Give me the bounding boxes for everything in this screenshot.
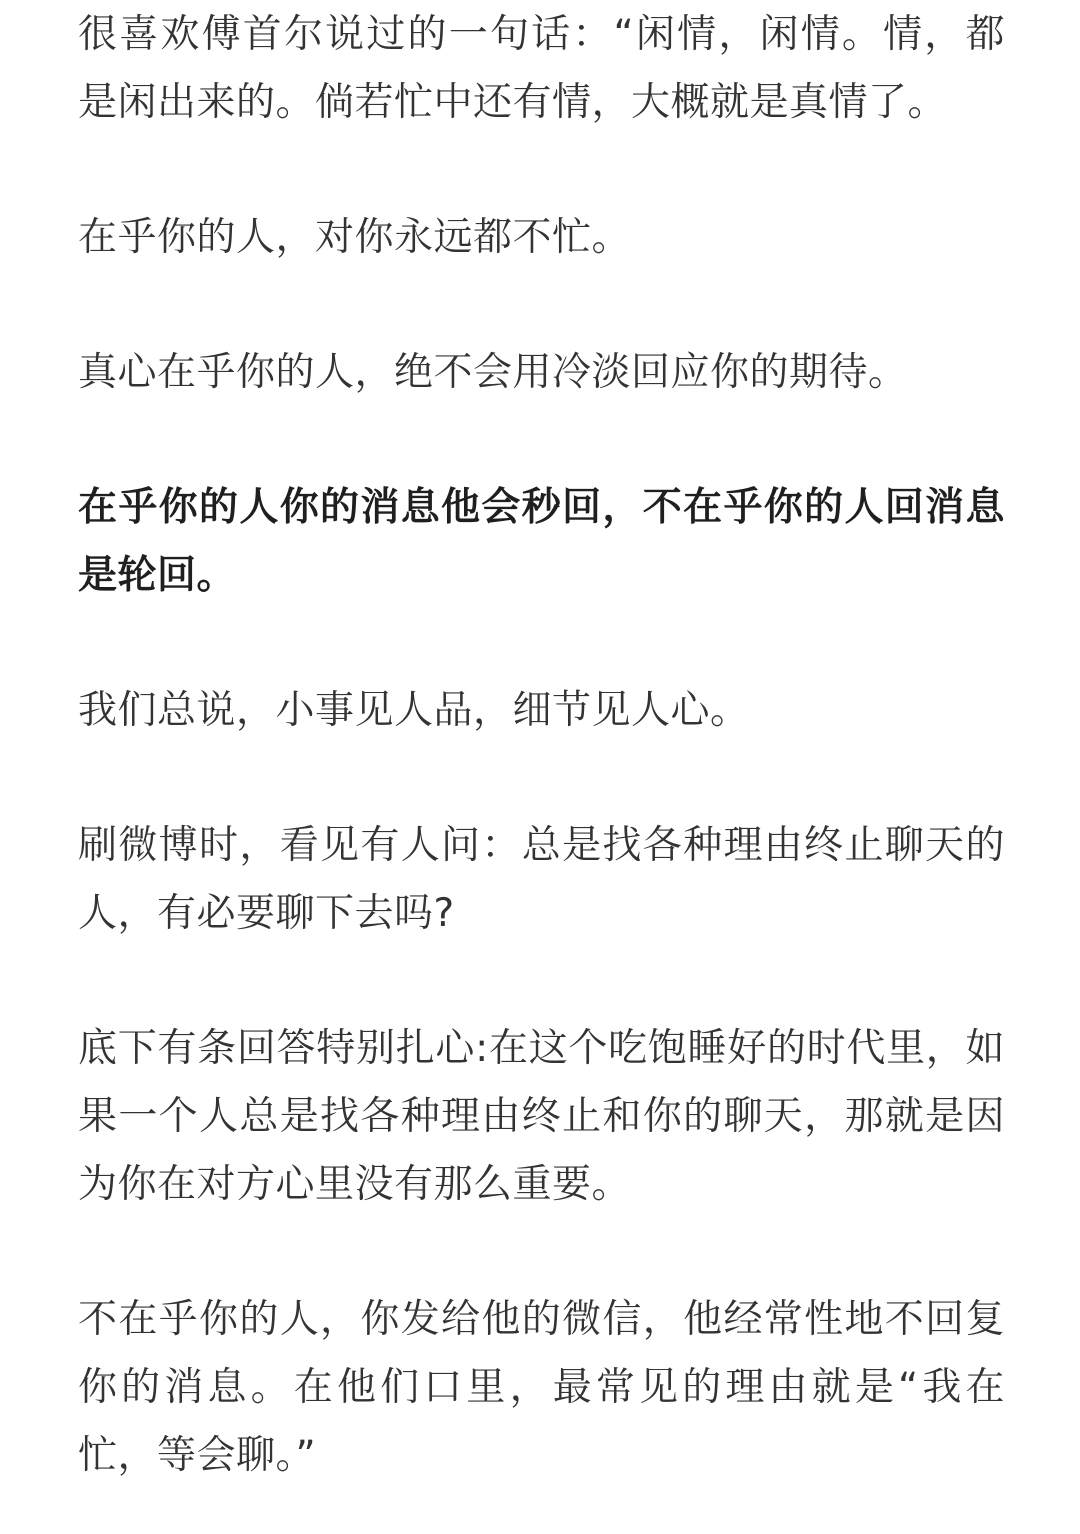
paragraph: 底下有条回答特别扎心:在这个吃饱睡好的时代里，如果一个人总是找各种理由终止和你的… bbox=[78, 1015, 1005, 1219]
paragraph: 不在乎你的人，你发给他的微信，他经常性地不回复你的消息。在他们口里，最常见的理由… bbox=[78, 1286, 1005, 1490]
page: { "page": { "background_color": "#ffffff… bbox=[0, 0, 1080, 1534]
paragraph: 真心在乎你的人，绝不会用冷淡回应你的期待。 bbox=[78, 339, 1005, 407]
paragraph: 在乎你的人，对你永远都不忙。 bbox=[78, 204, 1005, 272]
paragraph: 我们总说，小事见人品，细节见人心。 bbox=[78, 677, 1005, 745]
article-body: 很喜欢傅首尔说过的一句话：“闲情，闲情。情，都是闲出来的。倘若忙中还有情，大概就… bbox=[0, 0, 1080, 1490]
paragraph: 刷微博时，看见有人问：总是找各种理由终止聊天的人，有必要聊下去吗? bbox=[78, 812, 1005, 948]
paragraph: 很喜欢傅首尔说过的一句话：“闲情，闲情。情，都是闲出来的。倘若忙中还有情，大概就… bbox=[78, 1, 1005, 137]
paragraph-emphasis: 在乎你的人你的消息他会秒回，不在乎你的人回消息是轮回。 bbox=[78, 474, 1005, 610]
